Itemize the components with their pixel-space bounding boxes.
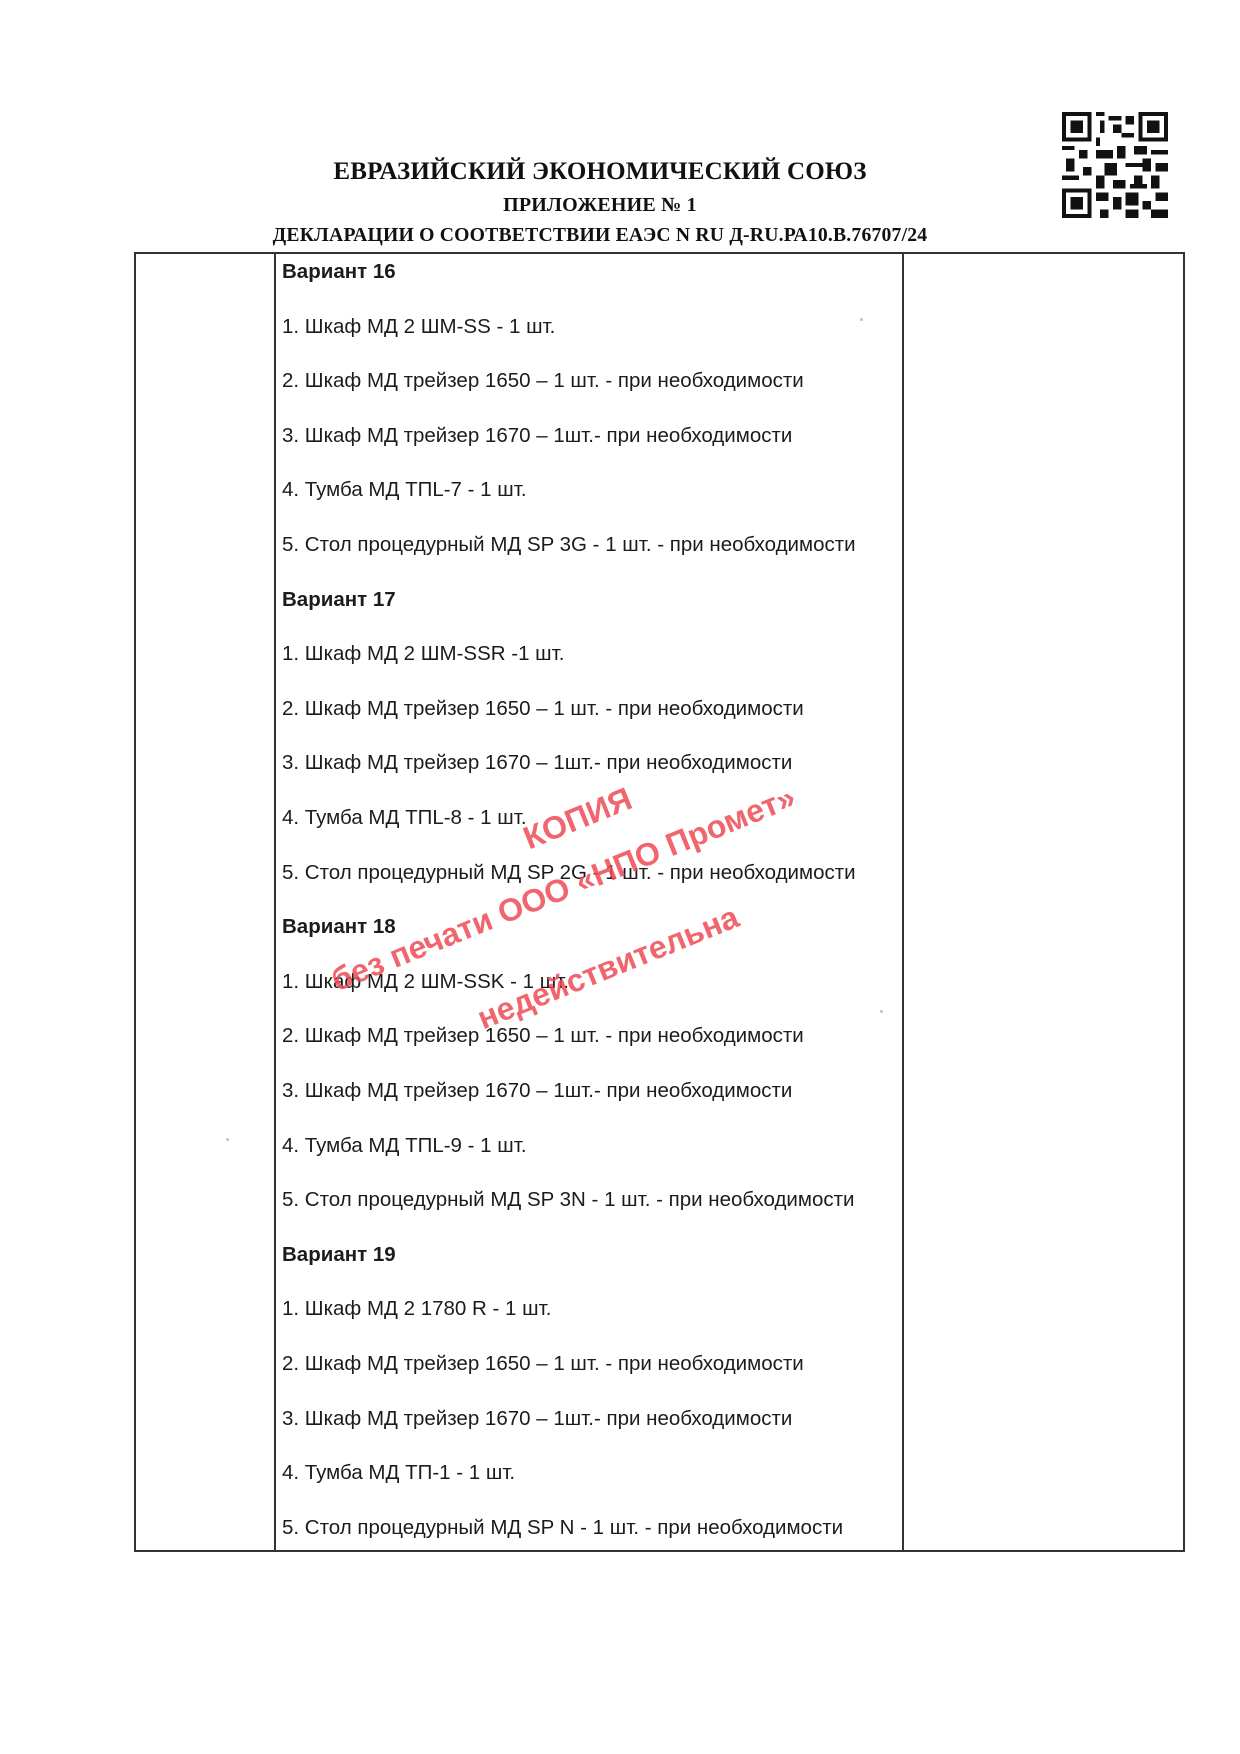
variant-item: 3. Шкаф МД трейзер 1670 – 1шт.- при необ… xyxy=(282,424,792,448)
variant-item: 2. Шкаф МД трейзер 1650 – 1 шт. - при не… xyxy=(282,369,804,393)
scan-speck xyxy=(880,1010,883,1013)
variant-title: Вариант 17 xyxy=(282,588,396,612)
variant-item: 3. Шкаф МД трейзер 1670 – 1шт.- при необ… xyxy=(282,1407,792,1431)
variant-item: 4. Тумба МД ТПL-7 - 1 шт. xyxy=(282,478,527,502)
scan-speck xyxy=(860,318,863,321)
variant-item: 1. Шкаф МД 2 1780 R - 1 шт. xyxy=(282,1297,551,1321)
variant-item: 4. Тумба МД ТПL-8 - 1 шт. xyxy=(282,806,527,830)
variant-title: Вариант 18 xyxy=(282,915,396,939)
header-declaration-number: ДЕКЛАРАЦИИ О СООТВЕТСТВИИ ЕАЭС N RU Д-RU… xyxy=(5,224,1195,247)
header-appendix-title: ПРИЛОЖЕНИЕ № 1 xyxy=(0,194,1220,217)
variant-item: 5. Стол процедурный МД SP N - 1 шт. - пр… xyxy=(282,1516,843,1540)
variant-title: Вариант 16 xyxy=(282,260,396,284)
variant-item: 4. Тумба МД ТП-1 - 1 шт. xyxy=(282,1461,515,1485)
header-union-title: ЕВРАЗИЙСКИЙ ЭКОНОМИЧЕСКИЙ СОЮЗ xyxy=(0,158,1220,186)
variant-item: 3. Шкаф МД трейзер 1670 – 1шт.- при необ… xyxy=(282,751,792,775)
scan-speck xyxy=(226,1138,229,1141)
variant-item: 2. Шкаф МД трейзер 1650 – 1 шт. - при не… xyxy=(282,1024,804,1048)
variant-item: 1. Шкаф МД 2 ШМ-SSR -1 шт. xyxy=(282,642,564,666)
column-divider-right xyxy=(902,254,904,1550)
variants-table: Вариант 161. Шкаф МД 2 ШМ-SS - 1 шт.2. Ш… xyxy=(134,252,1185,1552)
variant-item: 1. Шкаф МД 2 ШМ-SS - 1 шт. xyxy=(282,315,555,339)
variant-item: 3. Шкаф МД трейзер 1670 – 1шт.- при необ… xyxy=(282,1079,792,1103)
variant-item: 2. Шкаф МД трейзер 1650 – 1 шт. - при не… xyxy=(282,1352,804,1376)
column-divider-left xyxy=(274,254,276,1550)
variant-item: 2. Шкаф МД трейзер 1650 – 1 шт. - при не… xyxy=(282,697,804,721)
variant-item: 4. Тумба МД ТПL-9 - 1 шт. xyxy=(282,1134,527,1158)
variant-item: 1. Шкаф МД 2 ШМ-SSK - 1 шт. xyxy=(282,970,569,994)
variant-item: 5. Стол процедурный МД SP 3N - 1 шт. - п… xyxy=(282,1188,854,1212)
variant-title: Вариант 19 xyxy=(282,1243,396,1267)
variant-item: 5. Стол процедурный МД SP 3G - 1 шт. - п… xyxy=(282,533,856,557)
variant-item: 5. Стол процедурный МД SP 2G - 1 шт. - п… xyxy=(282,861,856,885)
